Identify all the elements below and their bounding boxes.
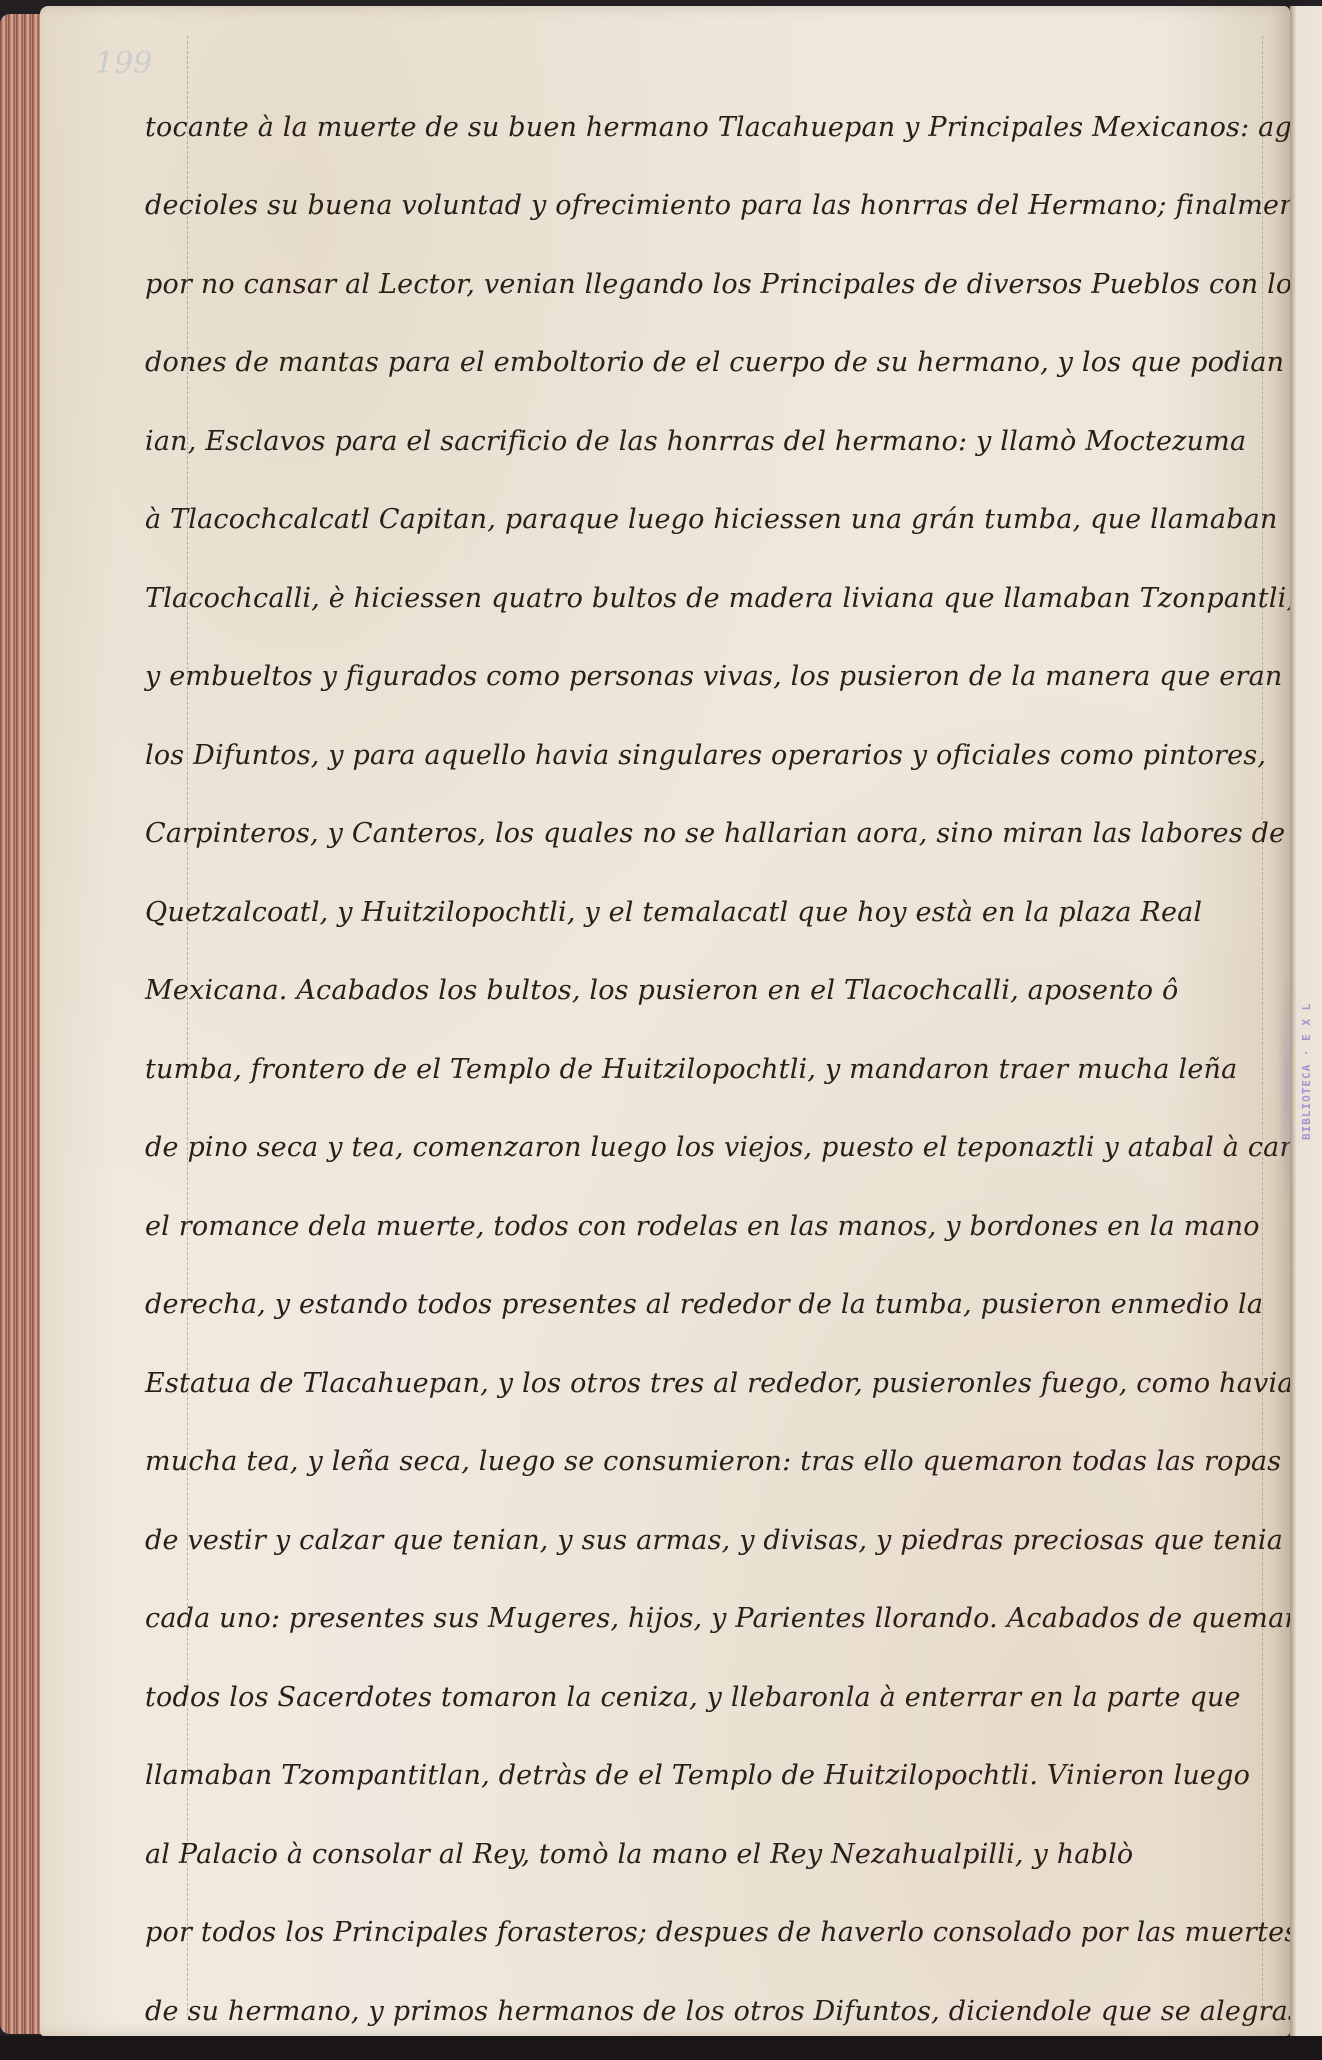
handwritten-text: tocante à la muerte de su buen hermano T…	[145, 68, 1295, 2031]
text-line-21: todos los Sacerdotes tomaron la ceniza, …	[145, 1638, 1295, 1717]
text-line-20: cada uno: presentes sus Mugeres, hijos, …	[145, 1560, 1295, 1639]
text-line-1: tocante à la muerte de su buen hermano T…	[145, 68, 1295, 147]
open-book: 199 tocante à la muerte de su buen herma…	[0, 0, 1322, 2060]
text-line-2: decioles su buena voluntad y ofrecimient…	[145, 147, 1295, 226]
text-line-22: llamaban Tzompantitlan, detràs de el Tem…	[145, 1717, 1295, 1796]
text-line-15: el romance dela muerte, todos con rodela…	[145, 1167, 1295, 1246]
text-line-23: al Palacio à consolar al Rey, tomò la ma…	[145, 1795, 1295, 1874]
ghost-folio-number: 199	[95, 46, 152, 81]
text-line-25: de su hermano, y primos hermanos de los …	[145, 1952, 1295, 2031]
text-line-5: ian, Esclavos para el sacrificio de las …	[145, 382, 1295, 461]
text-line-13: tumba, frontero de el Templo de Huitzilo…	[145, 1010, 1295, 1089]
text-line-18: mucha tea, y leña seca, luego se consumi…	[145, 1403, 1295, 1482]
text-line-12: Mexicana. Acabados los bultos, los pusie…	[145, 932, 1295, 1011]
text-line-16: derecha, y estando todos presentes al re…	[145, 1246, 1295, 1325]
library-stamp: BIBLIOTECA · E X L	[1300, 880, 1318, 1140]
text-line-11: Quetzalcoatl, y Huitzilopochtli, y el te…	[145, 853, 1295, 932]
manuscript-page: 199 tocante à la muerte de su buen herma…	[40, 6, 1290, 2036]
text-line-7: Tlacochcalli, è hiciessen quatro bultos …	[145, 539, 1295, 618]
text-line-19: de vestir y calzar que tenian, y sus arm…	[145, 1481, 1295, 1560]
text-line-6: à Tlacochcalcatl Capitan, paraque luego …	[145, 461, 1295, 540]
text-line-8: y embueltos y figurados como personas vi…	[145, 618, 1295, 697]
text-line-10: Carpinteros, y Canteros, los quales no s…	[145, 775, 1295, 854]
text-line-24: por todos los Principales forasteros; de…	[145, 1874, 1295, 1953]
text-line-9: los Difuntos, y para aquello havia singu…	[145, 696, 1295, 775]
text-line-17: Estatua de Tlacahuepan, y los otros tres…	[145, 1324, 1295, 1403]
text-line-4: dones de mantas para el emboltorio de el…	[145, 304, 1295, 383]
book-bottom-edge	[0, 2036, 1322, 2060]
text-line-3: por no cansar al Lector, venian llegando…	[145, 225, 1295, 304]
text-line-14: de pino seca y tea, comenzaron luego los…	[145, 1089, 1295, 1168]
page-edges	[0, 14, 44, 2034]
